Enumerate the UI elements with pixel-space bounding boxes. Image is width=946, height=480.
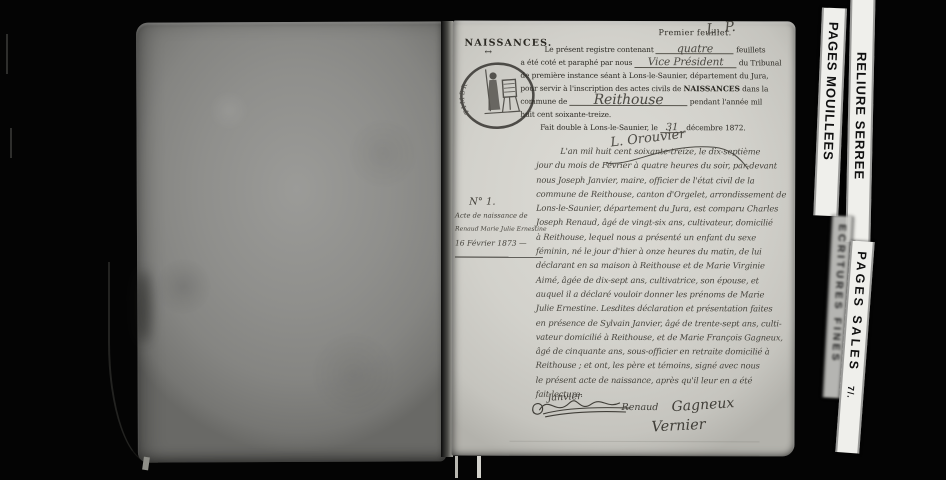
act-line: auquel il a déclaré vouloir donner les p… bbox=[536, 289, 792, 304]
margin-rule bbox=[455, 257, 543, 258]
handwritten-fill: quatre bbox=[656, 44, 734, 54]
ruled-line bbox=[509, 455, 759, 457]
act-line: Julie Ernestine. Lesdites déclaration et… bbox=[536, 303, 792, 318]
declaration-line: a été coté et paraphé par nous Vice Prés… bbox=[520, 56, 784, 70]
act-line: le présent acte de naissance, après qu'i… bbox=[536, 375, 792, 390]
printed-text: décembre 1872. bbox=[686, 123, 745, 132]
printed-text: feuillets bbox=[736, 45, 765, 54]
act-line: Lons-le-Saunier, département du Jura, es… bbox=[536, 203, 792, 218]
declaration-line: de première instance séant à Lons-le-Sau… bbox=[520, 69, 784, 83]
act-line: Aimé, âgée de dix-sept ans, cultivatrice… bbox=[536, 274, 792, 289]
folio-paraph: L. P. bbox=[706, 19, 737, 38]
declaration-line: huit cent soixante-treize. bbox=[520, 108, 784, 122]
printed-text: commune de bbox=[520, 97, 567, 106]
handwritten-fill: Reithouse bbox=[570, 96, 688, 106]
act-line: à Reithouse, lequel nous a présenté un e… bbox=[536, 232, 792, 247]
act-line: jour du mois de Février à quatre heures … bbox=[536, 160, 792, 175]
flag-label-text: PAGES SALES bbox=[846, 251, 869, 373]
binding-highlight bbox=[6, 34, 8, 74]
printed-text: dans la bbox=[742, 84, 768, 93]
register-declaration: Le présent registre contenant quatre feu… bbox=[520, 43, 784, 135]
printed-text: a été coté et paraphé par nous bbox=[520, 58, 632, 67]
act-line: commune de Reithouse, canton d'Orgelet, … bbox=[536, 189, 792, 204]
printed-text: Fait double à Lons-le-Saunier, le bbox=[540, 123, 657, 132]
printed-text: Le présent registre contenant bbox=[544, 45, 653, 54]
act-line: âgé de cinquante ans, sous-officier en r… bbox=[536, 346, 792, 361]
flag-reliure-serree: RELIURE SERREE bbox=[845, 0, 875, 242]
handwritten-fill: Vice Président bbox=[635, 58, 737, 68]
flag-label: RELIURE SERREE bbox=[850, 0, 870, 242]
printed-text: du Tribunal bbox=[739, 58, 782, 67]
left-blank-page bbox=[136, 21, 446, 462]
ornament-arrow-icon: ↔ bbox=[484, 48, 492, 58]
act-line: féminin, né le jour d'hier à onze heures… bbox=[536, 246, 792, 261]
act-line: en présence de Sylvain Janvier, âgé de t… bbox=[536, 317, 792, 332]
page-edge bbox=[477, 456, 481, 478]
signature-witness-1: Gagneux bbox=[671, 395, 735, 415]
declaration-line: Le présent registre contenant quatre feu… bbox=[520, 43, 784, 57]
signature-father: Renaud bbox=[622, 402, 659, 413]
margin-note: N° 1. Acte de naissance de Renaud Marie … bbox=[455, 197, 547, 258]
flag-pages-mouillees: PAGES MOUILLEES bbox=[813, 7, 847, 216]
act-line: Joseph Renaud, âgé de vingt-six ans, cul… bbox=[536, 217, 792, 232]
act-line: déclarant en sa maison à Reithouse et de… bbox=[536, 260, 792, 275]
ruled-line bbox=[509, 441, 759, 443]
page-edge bbox=[142, 457, 150, 471]
signature-official: Janvier bbox=[547, 391, 582, 404]
declaration-line: commune de Reithouse pendant l'année mil bbox=[520, 95, 784, 109]
page-edge bbox=[455, 456, 458, 478]
printed-text: pendant l'année mil bbox=[690, 97, 762, 106]
flag-marks: 7/. bbox=[845, 371, 857, 399]
printed-text-bold: NAISSANCES bbox=[684, 84, 740, 93]
act-line: nous Joseph Janvier, maire, officier de … bbox=[536, 174, 792, 189]
page-stain bbox=[135, 271, 151, 343]
margin-note-line: Acte de naissance de bbox=[455, 212, 547, 220]
flag-label: PAGES MOUILLEES bbox=[818, 8, 842, 216]
printed-text: huit cent soixante-treize. bbox=[520, 110, 611, 119]
binding-highlight bbox=[10, 128, 12, 158]
act-line: Reithouse ; et ont, les père et témoins,… bbox=[536, 360, 792, 375]
signature-witness-2: Vernier bbox=[651, 417, 706, 436]
page-texture bbox=[136, 21, 446, 462]
act-line: L'an mil huit cent soixante-treize, le d… bbox=[536, 146, 792, 161]
birth-act-text: L'an mil huit cent soixante-treize, le d… bbox=[536, 146, 793, 404]
archival-book-scan: Premier feuillet. L. P. NAISSANCES. ↔ TI… bbox=[0, 0, 946, 480]
right-register-page: Premier feuillet. L. P. NAISSANCES. ↔ TI… bbox=[451, 21, 795, 457]
act-line: vateur domicilié à Reithouse, et de Mari… bbox=[536, 332, 792, 347]
printed-text: de première instance séant à Lons-le-Sau… bbox=[520, 71, 768, 81]
margin-note-line: Renaud Marie Julie Ernestine bbox=[455, 226, 547, 233]
margin-note-line: 16 Février 1873 — bbox=[455, 239, 547, 248]
